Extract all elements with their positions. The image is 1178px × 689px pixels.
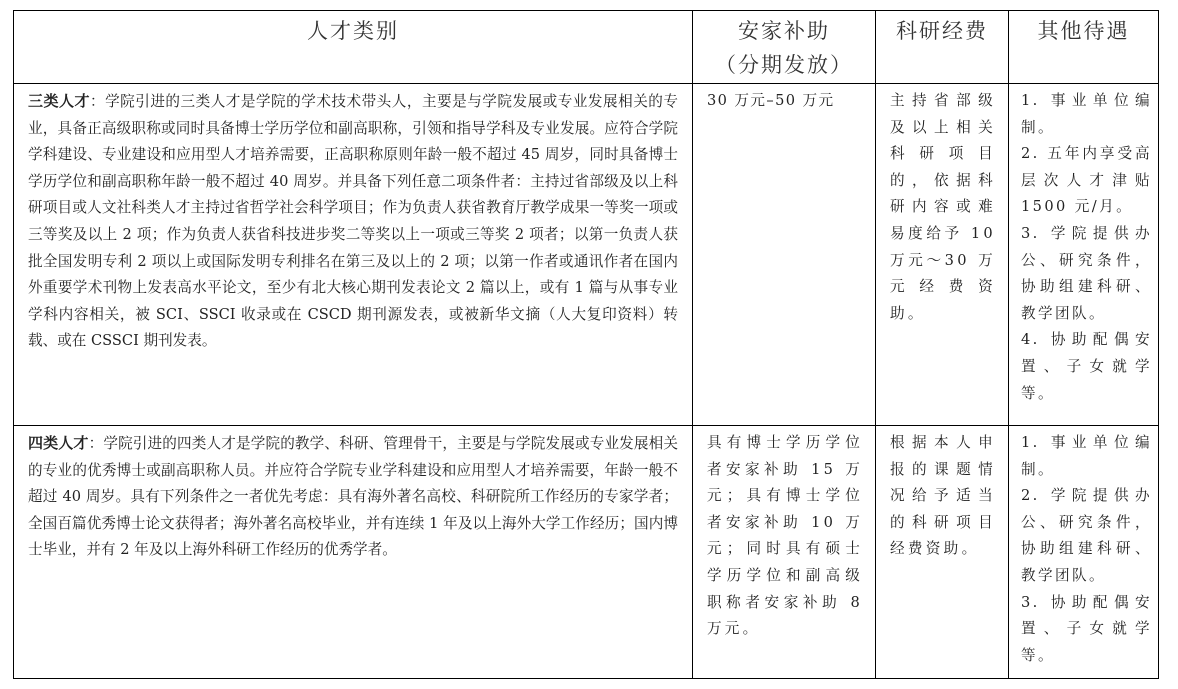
benefit-item: 3. 学院提供办公、研究条件，协助组建科研、教学团队。 xyxy=(1021,225,1152,322)
settlement-subsidy-cell: 30 万元–50 万元 xyxy=(693,84,876,426)
header-talent-category: 人才类别 xyxy=(14,11,693,84)
table-row-class3: 三类人才：学院引进的三类人才是学院的学术技术带头人，主要是与学院发展或专业发展相… xyxy=(14,84,1159,426)
category-text: ：学院引进的四类人才是学院的教学、科研、管理骨干，主要是与学院发展或专业发展相关… xyxy=(28,435,678,558)
other-benefits-cell: 1. 事业单位编制。 2. 五年内享受高层次人才津贴 1500 元/月。 3. … xyxy=(1009,84,1159,426)
benefit-item: 2. 五年内享受高层次人才津贴 1500 元/月。 xyxy=(1021,145,1152,215)
benefit-item: 4. 协助配偶安置、子女就学等。 xyxy=(1021,331,1152,401)
benefit-item: 3. 协助配偶安置、子女就学等。 xyxy=(1021,594,1152,664)
talent-policy-table: 人才类别 安家补助 （分期发放） 科研经费 其他待遇 三类人才：学院引进的三类人… xyxy=(13,10,1159,679)
header-research-funding: 科研经费 xyxy=(876,11,1009,84)
benefit-item: 1. 事业单位编制。 xyxy=(1021,434,1152,478)
header-settlement-subsidy: 安家补助 （分期发放） xyxy=(693,11,876,84)
settlement-subsidy-cell: 具有博士学历学位者安家补助 15 万元；具有博士学位者安家补助 10 万元；同时… xyxy=(693,426,876,679)
category-title: 三类人才 xyxy=(28,92,90,110)
benefit-item: 1. 事业单位编制。 xyxy=(1021,92,1152,136)
research-funding-cell: 主持省部级及以上相关科研项目的，依据科研内容或难易度给予 10 万元～30 万元… xyxy=(876,84,1009,426)
other-benefits-cell: 1. 事业单位编制。 2. 学院提供办公、研究条件，协助组建科研、教学团队。 3… xyxy=(1009,426,1159,679)
benefit-item: 2. 学院提供办公、研究条件，协助组建科研、教学团队。 xyxy=(1021,487,1152,584)
category-title: 四类人才 xyxy=(28,434,89,452)
header-other-benefits: 其他待遇 xyxy=(1009,11,1159,84)
table-row-class4: 四类人才：学院引进的四类人才是学院的教学、科研、管理骨干，主要是与学院发展或专业… xyxy=(14,426,1159,679)
category-text: ：学院引进的三类人才是学院的学术技术带头人，主要是与学院发展或专业发展相关的专业… xyxy=(28,93,678,349)
category-description-cell: 四类人才：学院引进的四类人才是学院的教学、科研、管理骨干，主要是与学院发展或专业… xyxy=(14,426,693,679)
research-funding-cell: 根据本人申报的课题情况给予适当的科研项目经费资助。 xyxy=(876,426,1009,679)
table-header-row: 人才类别 安家补助 （分期发放） 科研经费 其他待遇 xyxy=(14,11,1159,84)
category-description-cell: 三类人才：学院引进的三类人才是学院的学术技术带头人，主要是与学院发展或专业发展相… xyxy=(14,84,693,426)
